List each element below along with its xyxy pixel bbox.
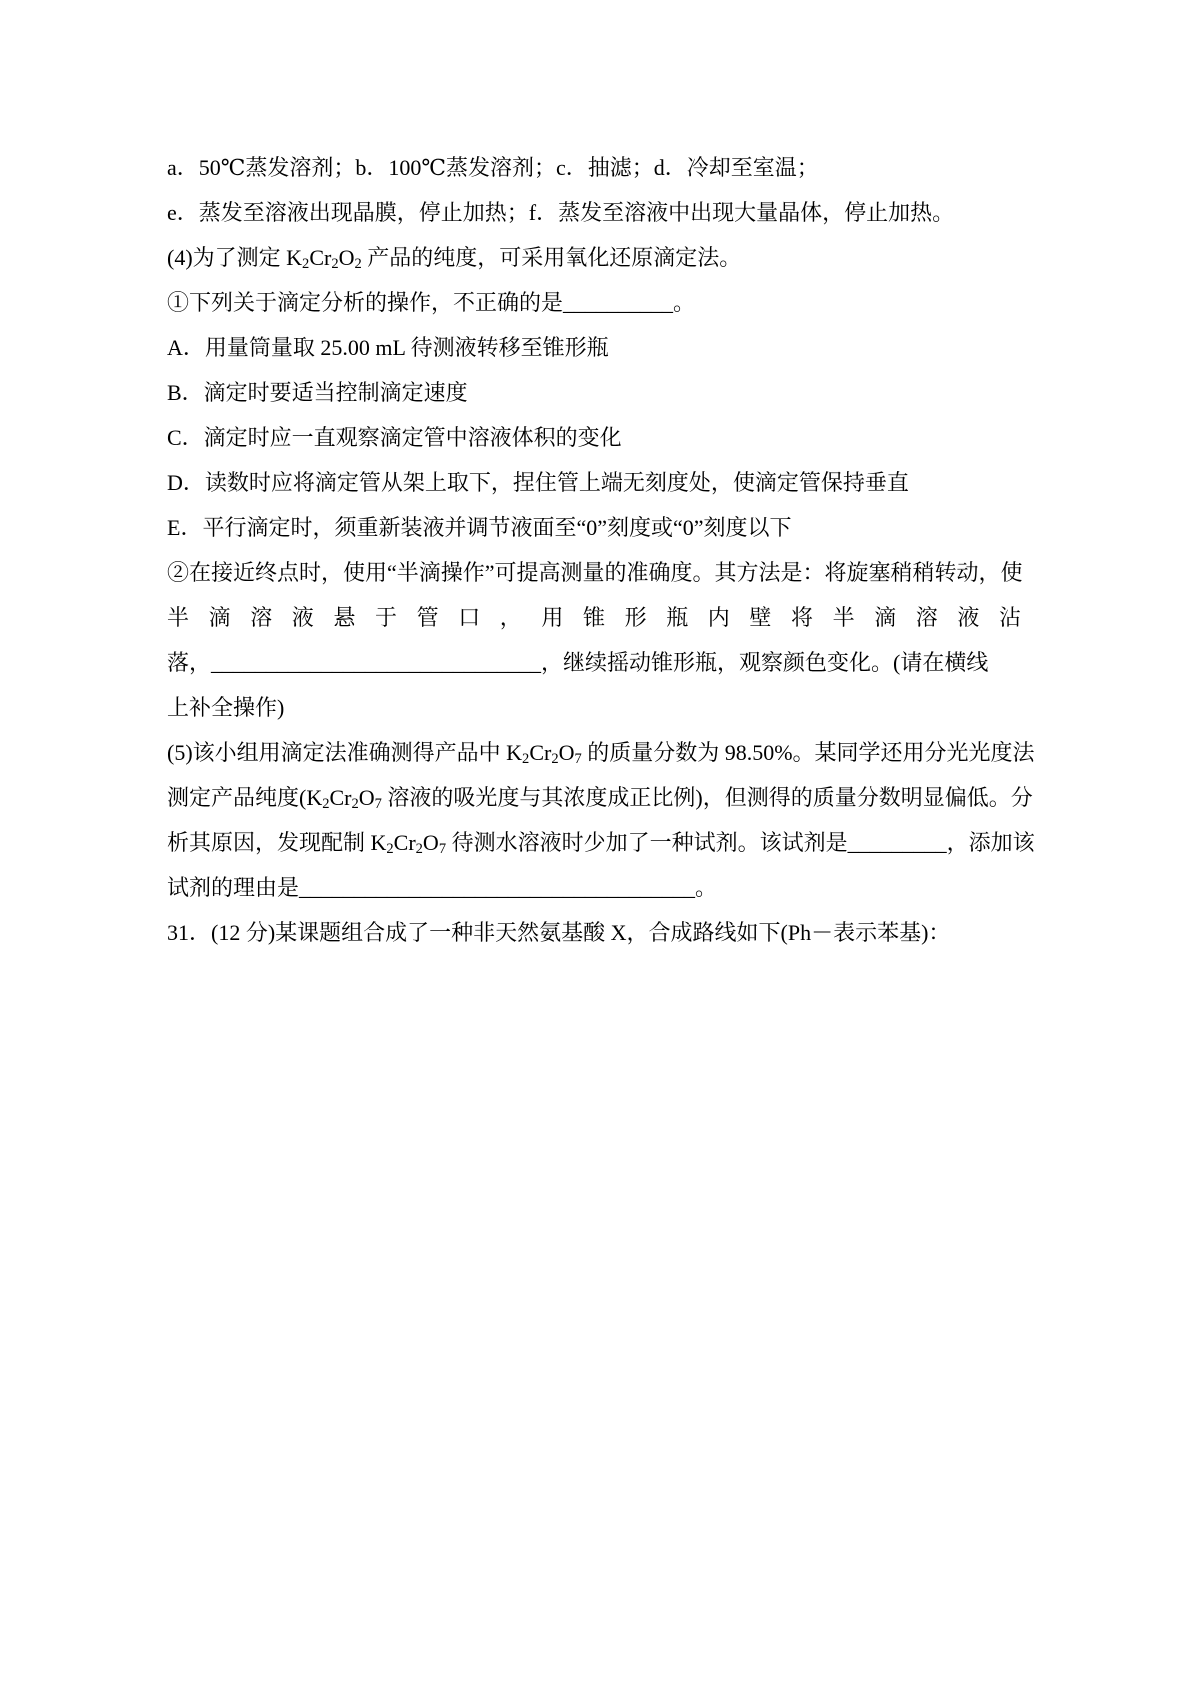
q4-sub2-line-2-justified: 半滴溶液悬于管口，用锥形瓶内壁将半滴溶液沾 — [167, 595, 1040, 640]
q5-line-3-with-blank: 析其原因，发现配制 K2Cr2O7 待测水溶液时少加了一种试剂。该试剂是____… — [167, 820, 1040, 865]
q5-line-2: 测定产品纯度(K2Cr2O7 溶液的吸光度与其浓度成正比例)，但测得的质量分数明… — [167, 775, 1040, 820]
choice-b: B．滴定时要适当控制滴定速度 — [167, 370, 1040, 415]
question-5-paragraph: (5)该小组用滴定法准确测得产品中 K2Cr2O7 的质量分数为 98.50%。… — [167, 730, 1040, 910]
question-4-intro: (4)为了测定 K2Cr2O2 产品的纯度，可采用氧化还原滴定法。 — [167, 235, 1040, 280]
q4-sub2-line-3-with-blank: 落，______________________________，继续摇动锥形瓶… — [167, 640, 1040, 685]
q5-line-1: (5)该小组用滴定法准确测得产品中 K2Cr2O7 的质量分数为 98.50%。… — [167, 730, 1040, 775]
exam-document-page: a．50℃蒸发溶剂；b．100℃蒸发溶剂；c．抽滤；d．冷却至室温； e．蒸发至… — [0, 0, 1200, 1698]
evaporation-options-line-abcd: a．50℃蒸发溶剂；b．100℃蒸发溶剂；c．抽滤；d．冷却至室温； — [167, 145, 1040, 190]
evaporation-options-line-ef: e．蒸发至溶液出现晶膜，停止加热；f．蒸发至溶液中出现大量晶体，停止加热。 — [167, 190, 1040, 235]
choice-d: D．读数时应将滴定管从架上取下，捏住管上端无刻度处，使滴定管保持垂直 — [167, 460, 1040, 505]
q5-line-4-with-blank: 试剂的理由是__________________________________… — [167, 865, 1040, 910]
choice-a: A．用量筒量取 25.00 mL 待测液转移至锥形瓶 — [167, 325, 1040, 370]
question-4-sub2-paragraph: ②在接近终点时，使用“半滴操作”可提高测量的准确度。其方法是：将旋塞稍稍转动，使… — [167, 550, 1040, 730]
choice-c: C．滴定时应一直观察滴定管中溶液体积的变化 — [167, 415, 1040, 460]
q4-sub2-line-4: 上补全操作) — [167, 685, 1040, 730]
question-4-sub1-stem: ①下列关于滴定分析的操作，不正确的是__________。 — [167, 280, 1040, 325]
q4-sub2-line-1: ②在接近终点时，使用“半滴操作”可提高测量的准确度。其方法是：将旋塞稍稍转动，使 — [167, 550, 1040, 595]
question-31-stem: 31．(12 分)某课题组合成了一种非天然氨基酸 X，合成路线如下(Ph－表示苯… — [167, 910, 1040, 955]
choice-e: E．平行滴定时，须重新装液并调节液面至“0”刻度或“0”刻度以下 — [167, 505, 1040, 550]
